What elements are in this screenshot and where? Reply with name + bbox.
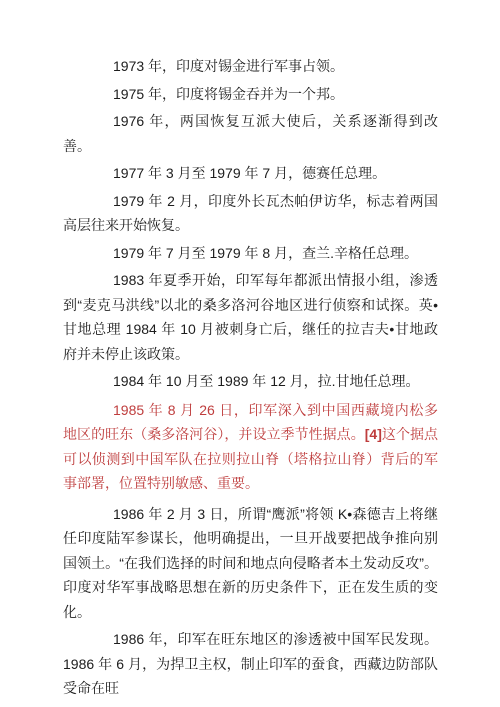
paragraph-1975-annexation: 1975 年，印度将锡金吞并为一个邦。 <box>63 82 438 107</box>
paragraph-1985-wangdong-highlighted: 1985 年 8 月 26 日，印军深入到中国西藏境内松多地区的旺东（桑多洛河谷… <box>63 398 438 496</box>
paragraph-1986-sundarji: 1986 年 2 月 3 日，所谓“鹰派”将领 K•森德吉上将继任印度陆军参谋长… <box>63 502 438 625</box>
paragraph-1977-desai: 1977 年 3 月至 1979 年 7 月，德赛任总理。 <box>63 161 438 186</box>
paragraph-1979-charan-singh: 1979 年 7 月至 1979 年 8 月，查兰.辛格任总理。 <box>63 241 438 266</box>
paragraph-1984-rajiv-gandhi: 1984 年 10 月至 1989 年 12 月，拉.甘地任总理。 <box>63 369 438 394</box>
paragraph-1979-vajpayee-visit: 1979 年 2 月，印度外长瓦杰帕伊访华，标志着两国高层往来开始恢复。 <box>63 189 438 238</box>
paragraph-1983-infiltration: 1983 年夏季开始，印军每年都派出情报小组，渗透到“麦克马洪线”以北的桑多洛河… <box>63 268 438 366</box>
paragraph-1986-wangdong-discovery: 1986 年，印军在旺东地区的渗透被中国军民发现。1986 年 6 月，为捍卫主… <box>63 627 438 701</box>
document-page: 1973 年，印度对锡金进行军事占领。 1975 年，印度将锡金吞并为一个邦。 … <box>0 0 500 707</box>
paragraph-1973-occupation: 1973 年，印度对锡金进行军事占领。 <box>63 54 438 79</box>
paragraph-1976-ambassadors: 1976 年，两国恢复互派大使后，关系逐渐得到改善。 <box>63 109 438 158</box>
citation-ref-4[interactable]: [4] <box>365 426 382 442</box>
